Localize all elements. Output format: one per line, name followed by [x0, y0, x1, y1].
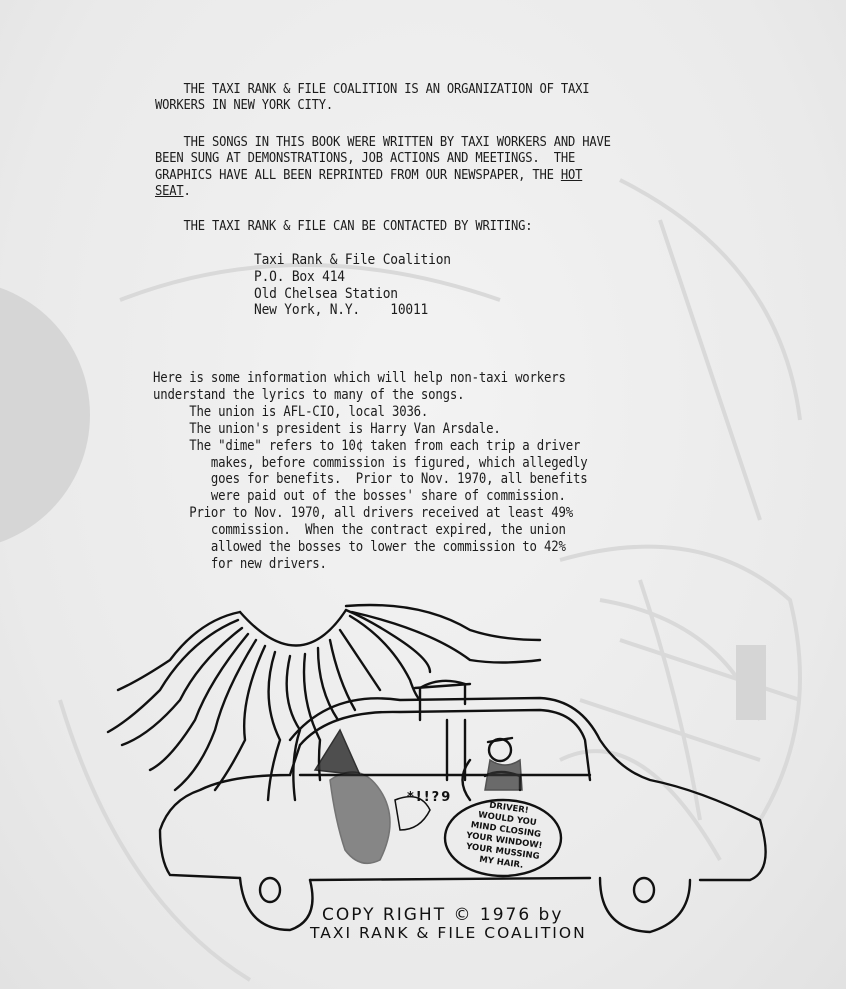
copyright-line-1: COPY RIGHT © 1976 by [322, 905, 563, 925]
front-wheel-icon [600, 878, 690, 932]
taxi-illustration [0, 0, 846, 989]
document-page: THE TAXI RANK & FILE COALITION IS AN ORG… [0, 0, 846, 989]
passenger-exclamation: *!!?9 [407, 790, 452, 805]
copyright-line-2: TAXI RANK & FILE COALITION [310, 924, 587, 942]
rear-wheel-icon [240, 878, 313, 930]
